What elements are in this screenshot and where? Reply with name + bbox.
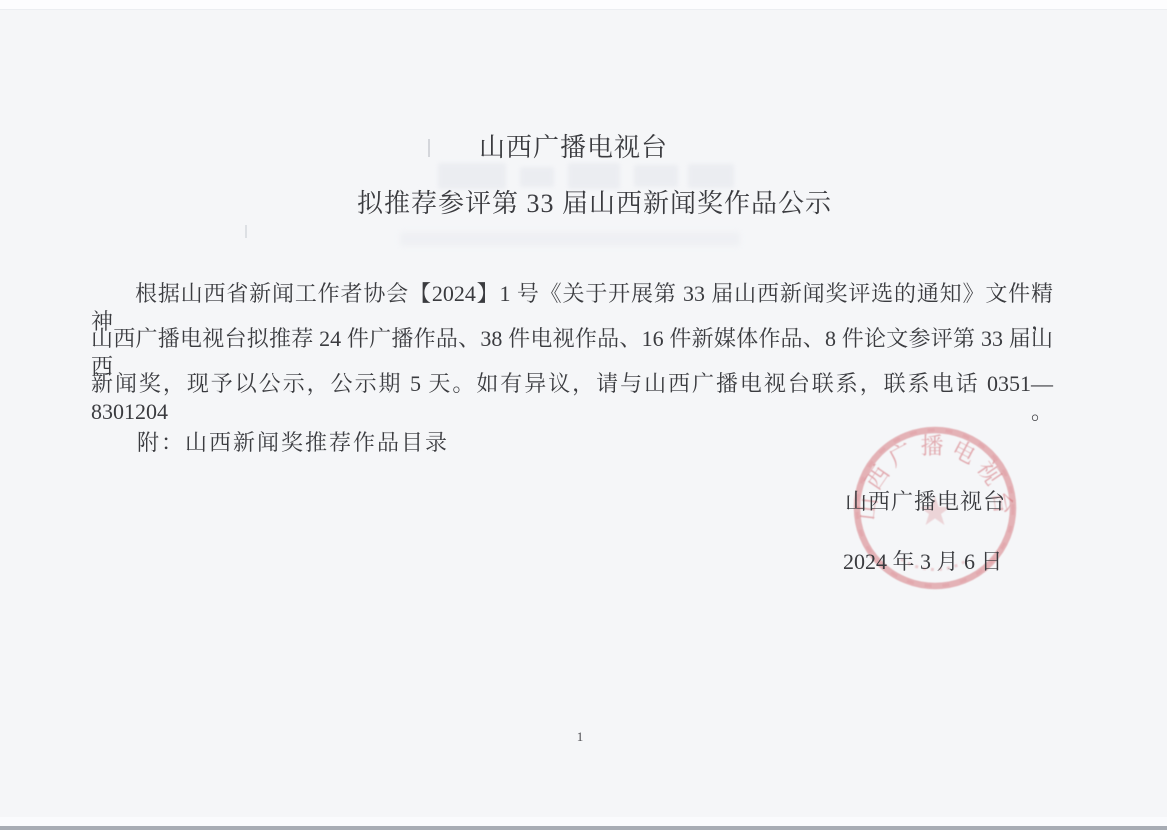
bleed-through-artifact (568, 163, 620, 189)
body-line-2: 山西广播电视台拟推荐 24 件广播作品、38 件电视作品、16 件新媒体作品、8… (91, 325, 1053, 370)
scanned-document-page: 山西广播电视台 拟推荐参评第 33 届山西新闻奖作品公示 根据山西省新闻工作者协… (0, 0, 1167, 830)
body-line-1: 根据山西省新闻工作者协会【2024】1 号《关于开展第 33 届山西新闻奖评选的… (91, 280, 1053, 325)
document-title: 拟推荐参评第 33 届山西新闻奖作品公示 (11, 189, 1167, 219)
body-line-3: 新闻奖，现予以公示，公示期 5 天。如有异议，请与山西广播电视台联系，联系电话 … (91, 370, 1053, 415)
body-paragraph: 根据山西省新闻工作者协会【2024】1 号《关于开展第 33 届山西新闻奖评选的… (91, 280, 1053, 415)
page-number: 1 (560, 729, 600, 745)
scan-edge-bottom-white (0, 817, 1167, 826)
bleed-through-artifact (400, 232, 740, 246)
bleed-through-artifact (688, 164, 734, 188)
signature-org: 山西广播电视台 (845, 489, 1006, 515)
signature-date: 2024 年 3 月 6 日 (843, 549, 1003, 575)
bleed-through-artifact (634, 165, 678, 187)
document-org-title: 山西广播电视台 (0, 133, 1157, 163)
scan-mark-artifact (245, 225, 247, 238)
scan-edge-top (0, 0, 1167, 10)
bleed-through-artifact (520, 167, 554, 187)
scan-edge-bottom (0, 826, 1167, 830)
bleed-through-artifact (438, 163, 506, 189)
